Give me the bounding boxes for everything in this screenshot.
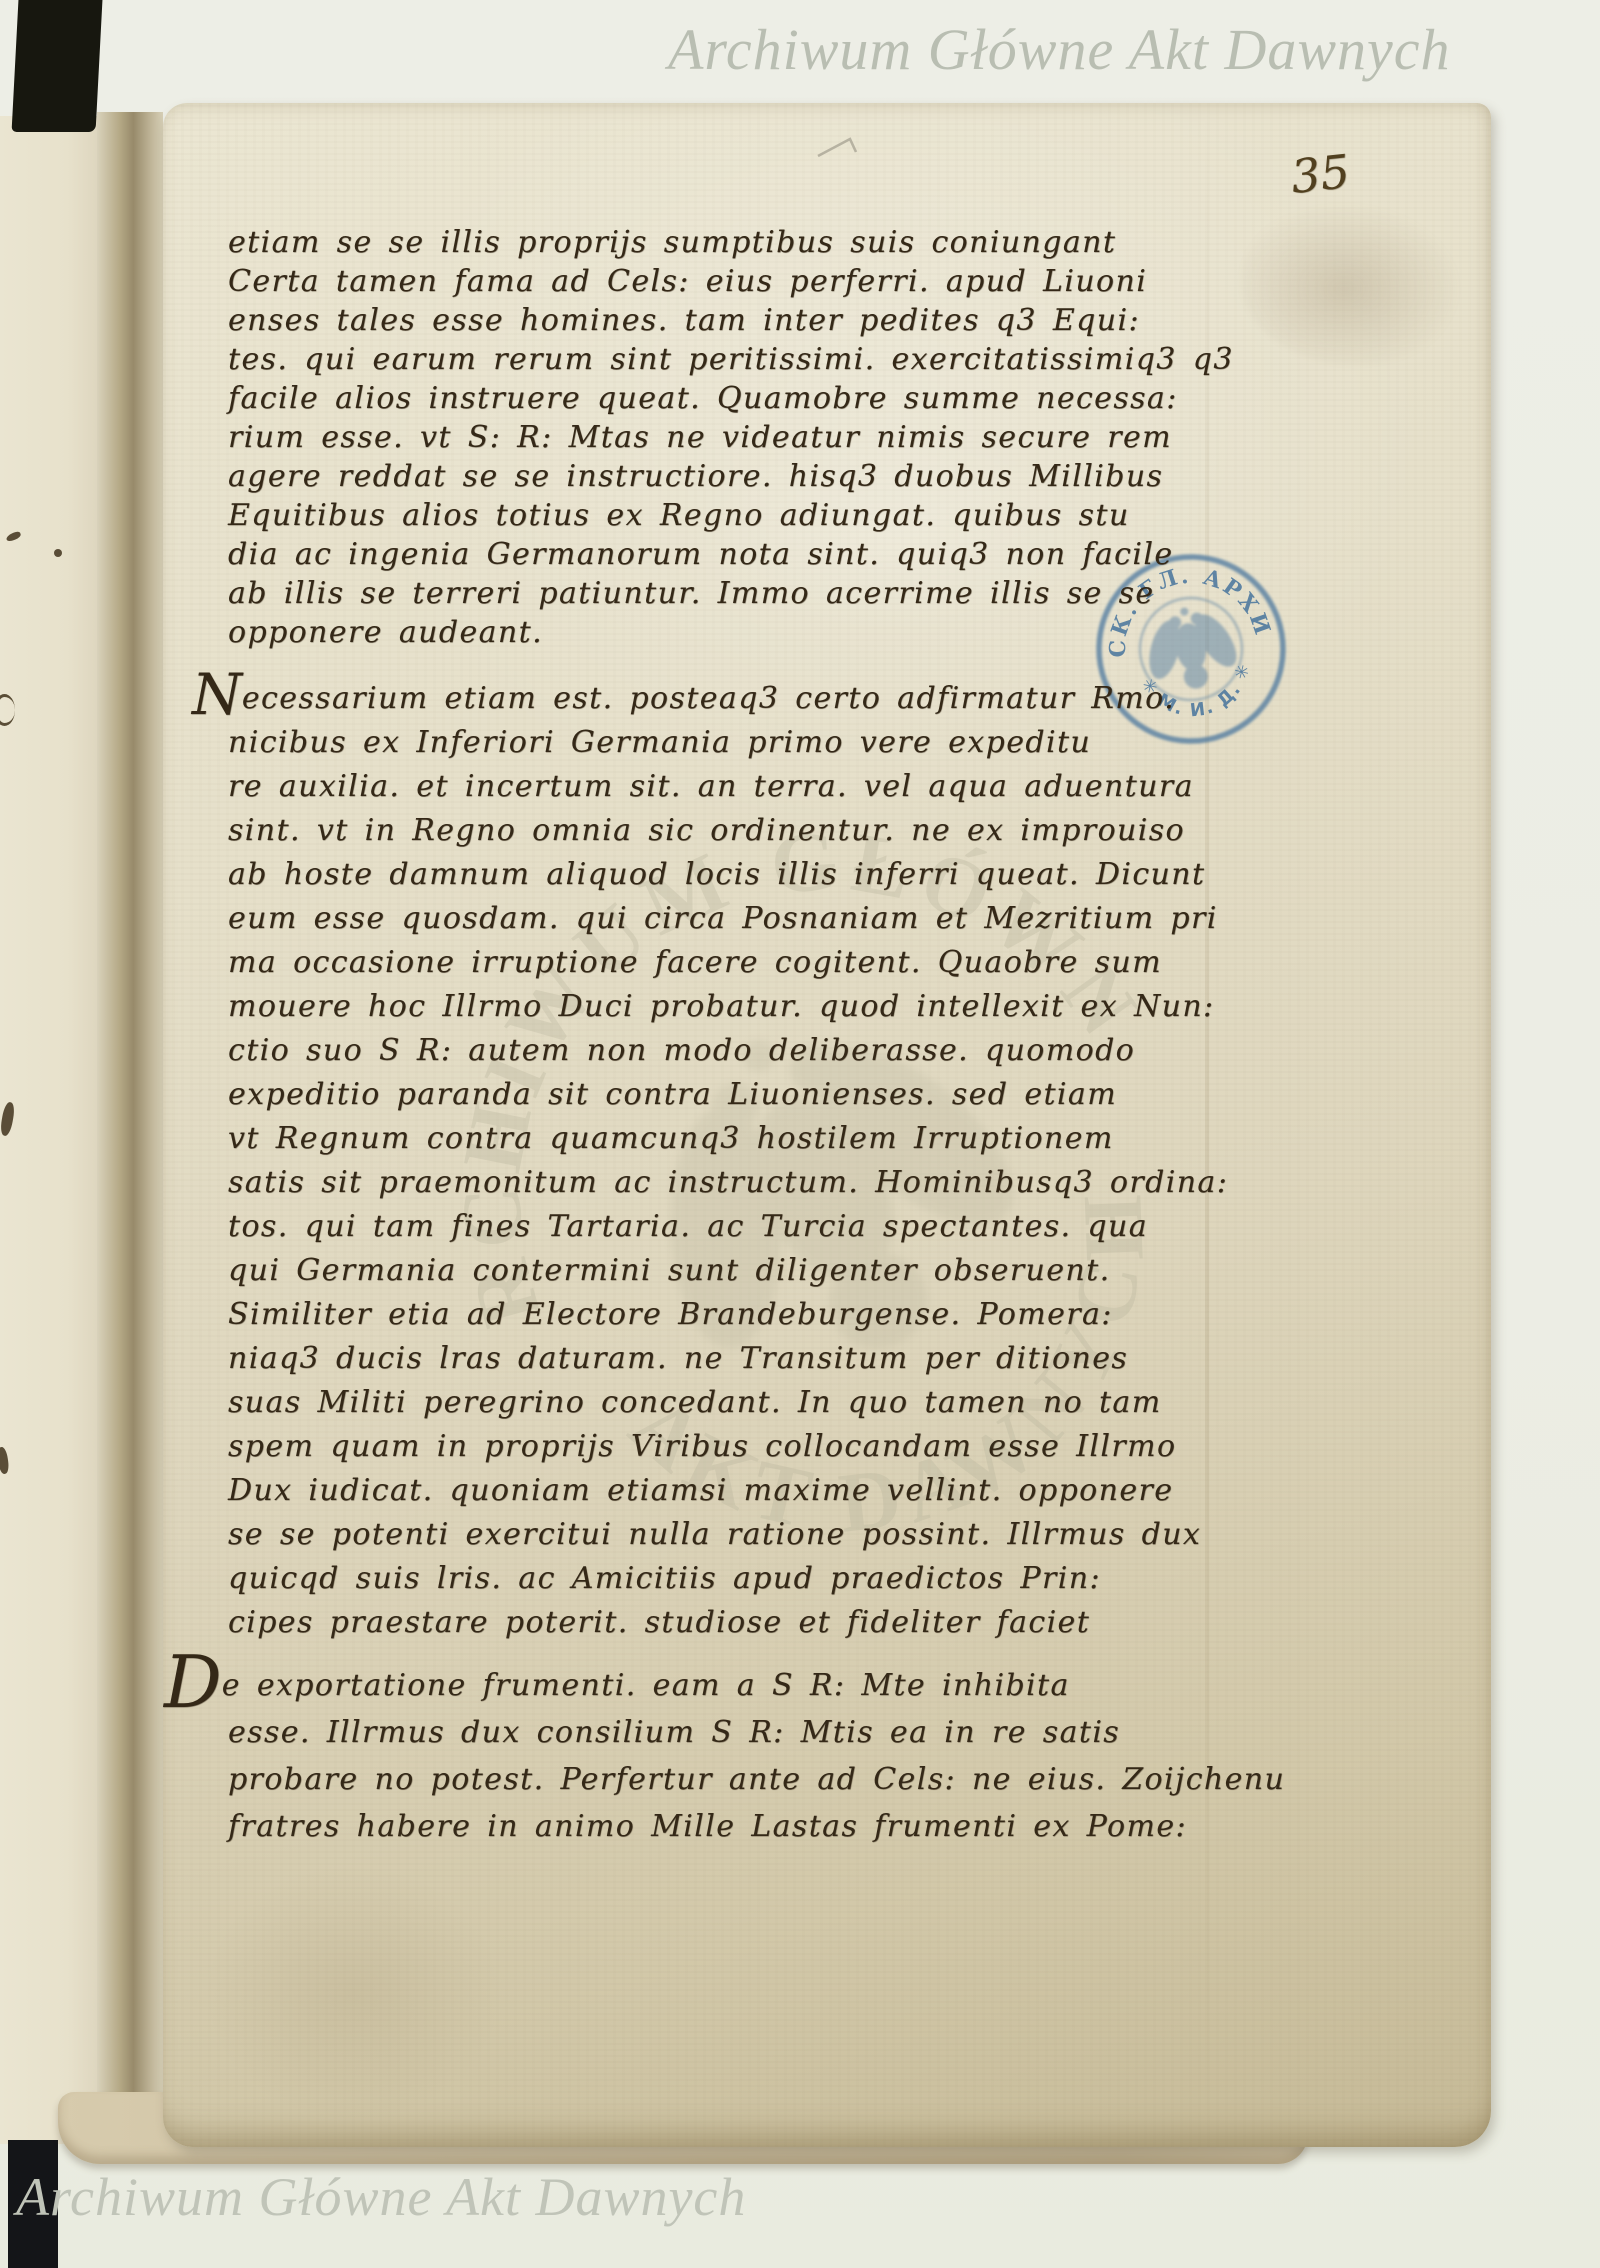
manuscript-line: mouere hoc Illrmo Duci probatur. quod in… [228,985,1208,1029]
manuscript-scan: ARCHIWUM GŁÓWNE AKT DAWNYCH [0,0,1600,2268]
facing-page-edge [0,116,97,2144]
manuscript-line: nicibus ex Inferiori Germania primo vere… [228,721,1208,765]
facing-page-ink-mark [5,530,22,542]
binding-strap-bottom [8,2140,58,2268]
manuscript-paragraph: De exportatione frumenti. eam a S R: Mte… [228,1662,1208,1850]
manuscript-line: probare no potest. Perfertur ante ad Cel… [228,1756,1208,1803]
stain [1241,195,1471,365]
manuscript-line: fratres habere in animo Mille Lastas fru… [228,1803,1208,1850]
manuscript-line: tes. qui earum rerum sint peritissimi. e… [228,340,1208,379]
manuscript-line: suas Militi peregrino concedant. In quo … [228,1381,1208,1425]
facing-page-ink-mark [0,1101,16,1136]
manuscript-line: agere reddat se se instructiore. hisq3 d… [228,457,1208,496]
manuscript-line: Equitibus alios totius ex Regno adiungat… [228,496,1208,535]
manuscript-line: Necessarium etiam est. posteaq3 certo ad… [228,677,1208,721]
manuscript-line: ma occasione irruptione facere cogitent.… [228,941,1208,985]
paragraph-initial: N [192,662,242,728]
binding-gutter-shadow [97,112,163,2144]
facing-page-ink-mark [0,694,15,726]
folio-number: 35 [1288,144,1352,204]
manuscript-line: tos. qui tam fines Tartaria. ac Turcia s… [228,1205,1208,1249]
manuscript-line: quicqd suis lris. ac Amicitiis apud prae… [228,1557,1208,1601]
paragraph-initial: D [164,1640,222,1724]
manuscript-line: eum esse quosdam. qui circa Posnaniam et… [228,897,1208,941]
manuscript-line: satis sit praemonitum ac instructum. Hom… [228,1161,1208,1205]
manuscript-line: enses tales esse homines. tam inter pedi… [228,301,1208,340]
manuscript-line: Similiter etia ad Electore Brandeburgens… [228,1293,1208,1337]
manuscript-line: sint. vt in Regno omnia sic ordinentur. … [228,809,1208,853]
manuscript-line: ab illis se terreri patiuntur. Immo acer… [228,574,1208,613]
binding-strap-top [12,0,103,132]
facing-page-ink-mark [54,549,62,557]
manuscript-text: etiam se se illis proprijs sumptibus sui… [228,223,1208,1850]
manuscript-line: Certa tamen fama ad Cels: eius perferri.… [228,262,1208,301]
manuscript-line: niaq3 ducis lras daturam. ne Transitum p… [228,1337,1208,1381]
manuscript-line: cipes praestare poterit. studiose et fid… [228,1601,1208,1645]
facing-page-ink-mark [0,1446,10,1474]
manuscript-line: ctio suo S R: autem non modo deliberasse… [228,1029,1208,1073]
manuscript-line: opponere audeant. [228,613,1208,652]
manuscript-line: se se potenti exercitui nulla ratione po… [228,1513,1208,1557]
manuscript-line: De exportatione frumenti. eam a S R: Mte… [228,1662,1208,1709]
manuscript-line: dia ac ingenia Germanorum nota sint. qui… [228,535,1208,574]
archive-watermark-top: Archiwum Główne Akt Dawnych [668,16,1451,83]
pencil-mark [815,133,861,161]
manuscript-line: ab hoste damnum aliquod locis illis infe… [228,853,1208,897]
manuscript-line: qui Germania contermini sunt diligenter … [228,1249,1208,1293]
manuscript-line: expeditio paranda sit contra Liuonienses… [228,1073,1208,1117]
manuscript-paragraph: etiam se se illis proprijs sumptibus sui… [228,223,1208,652]
manuscript-line: etiam se se illis proprijs sumptibus sui… [228,223,1208,262]
manuscript-line: re auxilia. et incertum sit. an terra. v… [228,765,1208,809]
manuscript-line: rium esse. vt S: R: Mtas ne videatur nim… [228,418,1208,457]
manuscript-line: spem quam in proprijs Viribus collocanda… [228,1425,1208,1469]
manuscript-page: ARCHIWUM GŁÓWNE AKT DAWNYCH [163,103,1491,2147]
stain [203,1863,503,2123]
manuscript-line: Dux iudicat. quoniam etiamsi maxime vell… [228,1469,1208,1513]
manuscript-line: esse. Illrmus dux consilium S R: Mtis ea… [228,1709,1208,1756]
manuscript-line: vt Regnum contra quamcunq3 hostilem Irru… [228,1117,1208,1161]
archive-watermark-bottom: Archiwum Główne Akt Dawnych [16,2166,746,2228]
manuscript-line: facile alios instruere queat. Quamobre s… [228,379,1208,418]
manuscript-paragraph: Necessarium etiam est. posteaq3 certo ad… [228,677,1208,1645]
